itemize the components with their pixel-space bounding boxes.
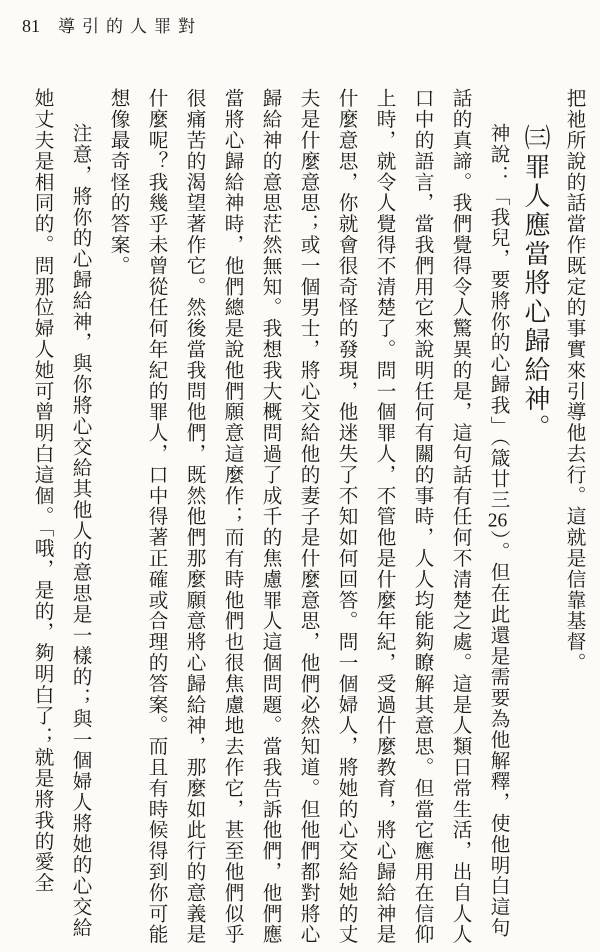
body-text: 把祂所說的話當作既定的事實來引導他去行。這就是信靠基督。 ㈢罪人應當將心歸給神。…: [14, 88, 592, 948]
verse-number: 26: [487, 511, 508, 531]
page-number: 81: [22, 16, 40, 37]
section-heading: ㈢罪人應當將心歸給神。: [516, 88, 554, 948]
running-title: 導引的人罪對: [58, 12, 202, 37]
paragraph-1-rest: ）。但在此還是需要為他解釋，使他明白這句話的真諦。我們覺得令人驚異的是，這句話有…: [107, 88, 508, 945]
paragraph-1-lead: 神說：「我兒，要將你的心歸我」（箴廿三: [487, 123, 508, 510]
paragraph-1: 神說：「我兒，要將你的心歸我」（箴廿三26）。但在此還是需要為他解釋，使他明白這…: [98, 88, 516, 948]
paragraph-continuation: 把祂所說的話當作既定的事實來引導他去行。這就是信靠基督。: [554, 88, 592, 948]
paragraph-2: 注意，將你的心歸給神，與你將心交給其他人的意思是一樣的；與一個婦人將她的心交給她…: [22, 88, 98, 948]
page-header: 81 導引的人罪對: [22, 12, 202, 37]
